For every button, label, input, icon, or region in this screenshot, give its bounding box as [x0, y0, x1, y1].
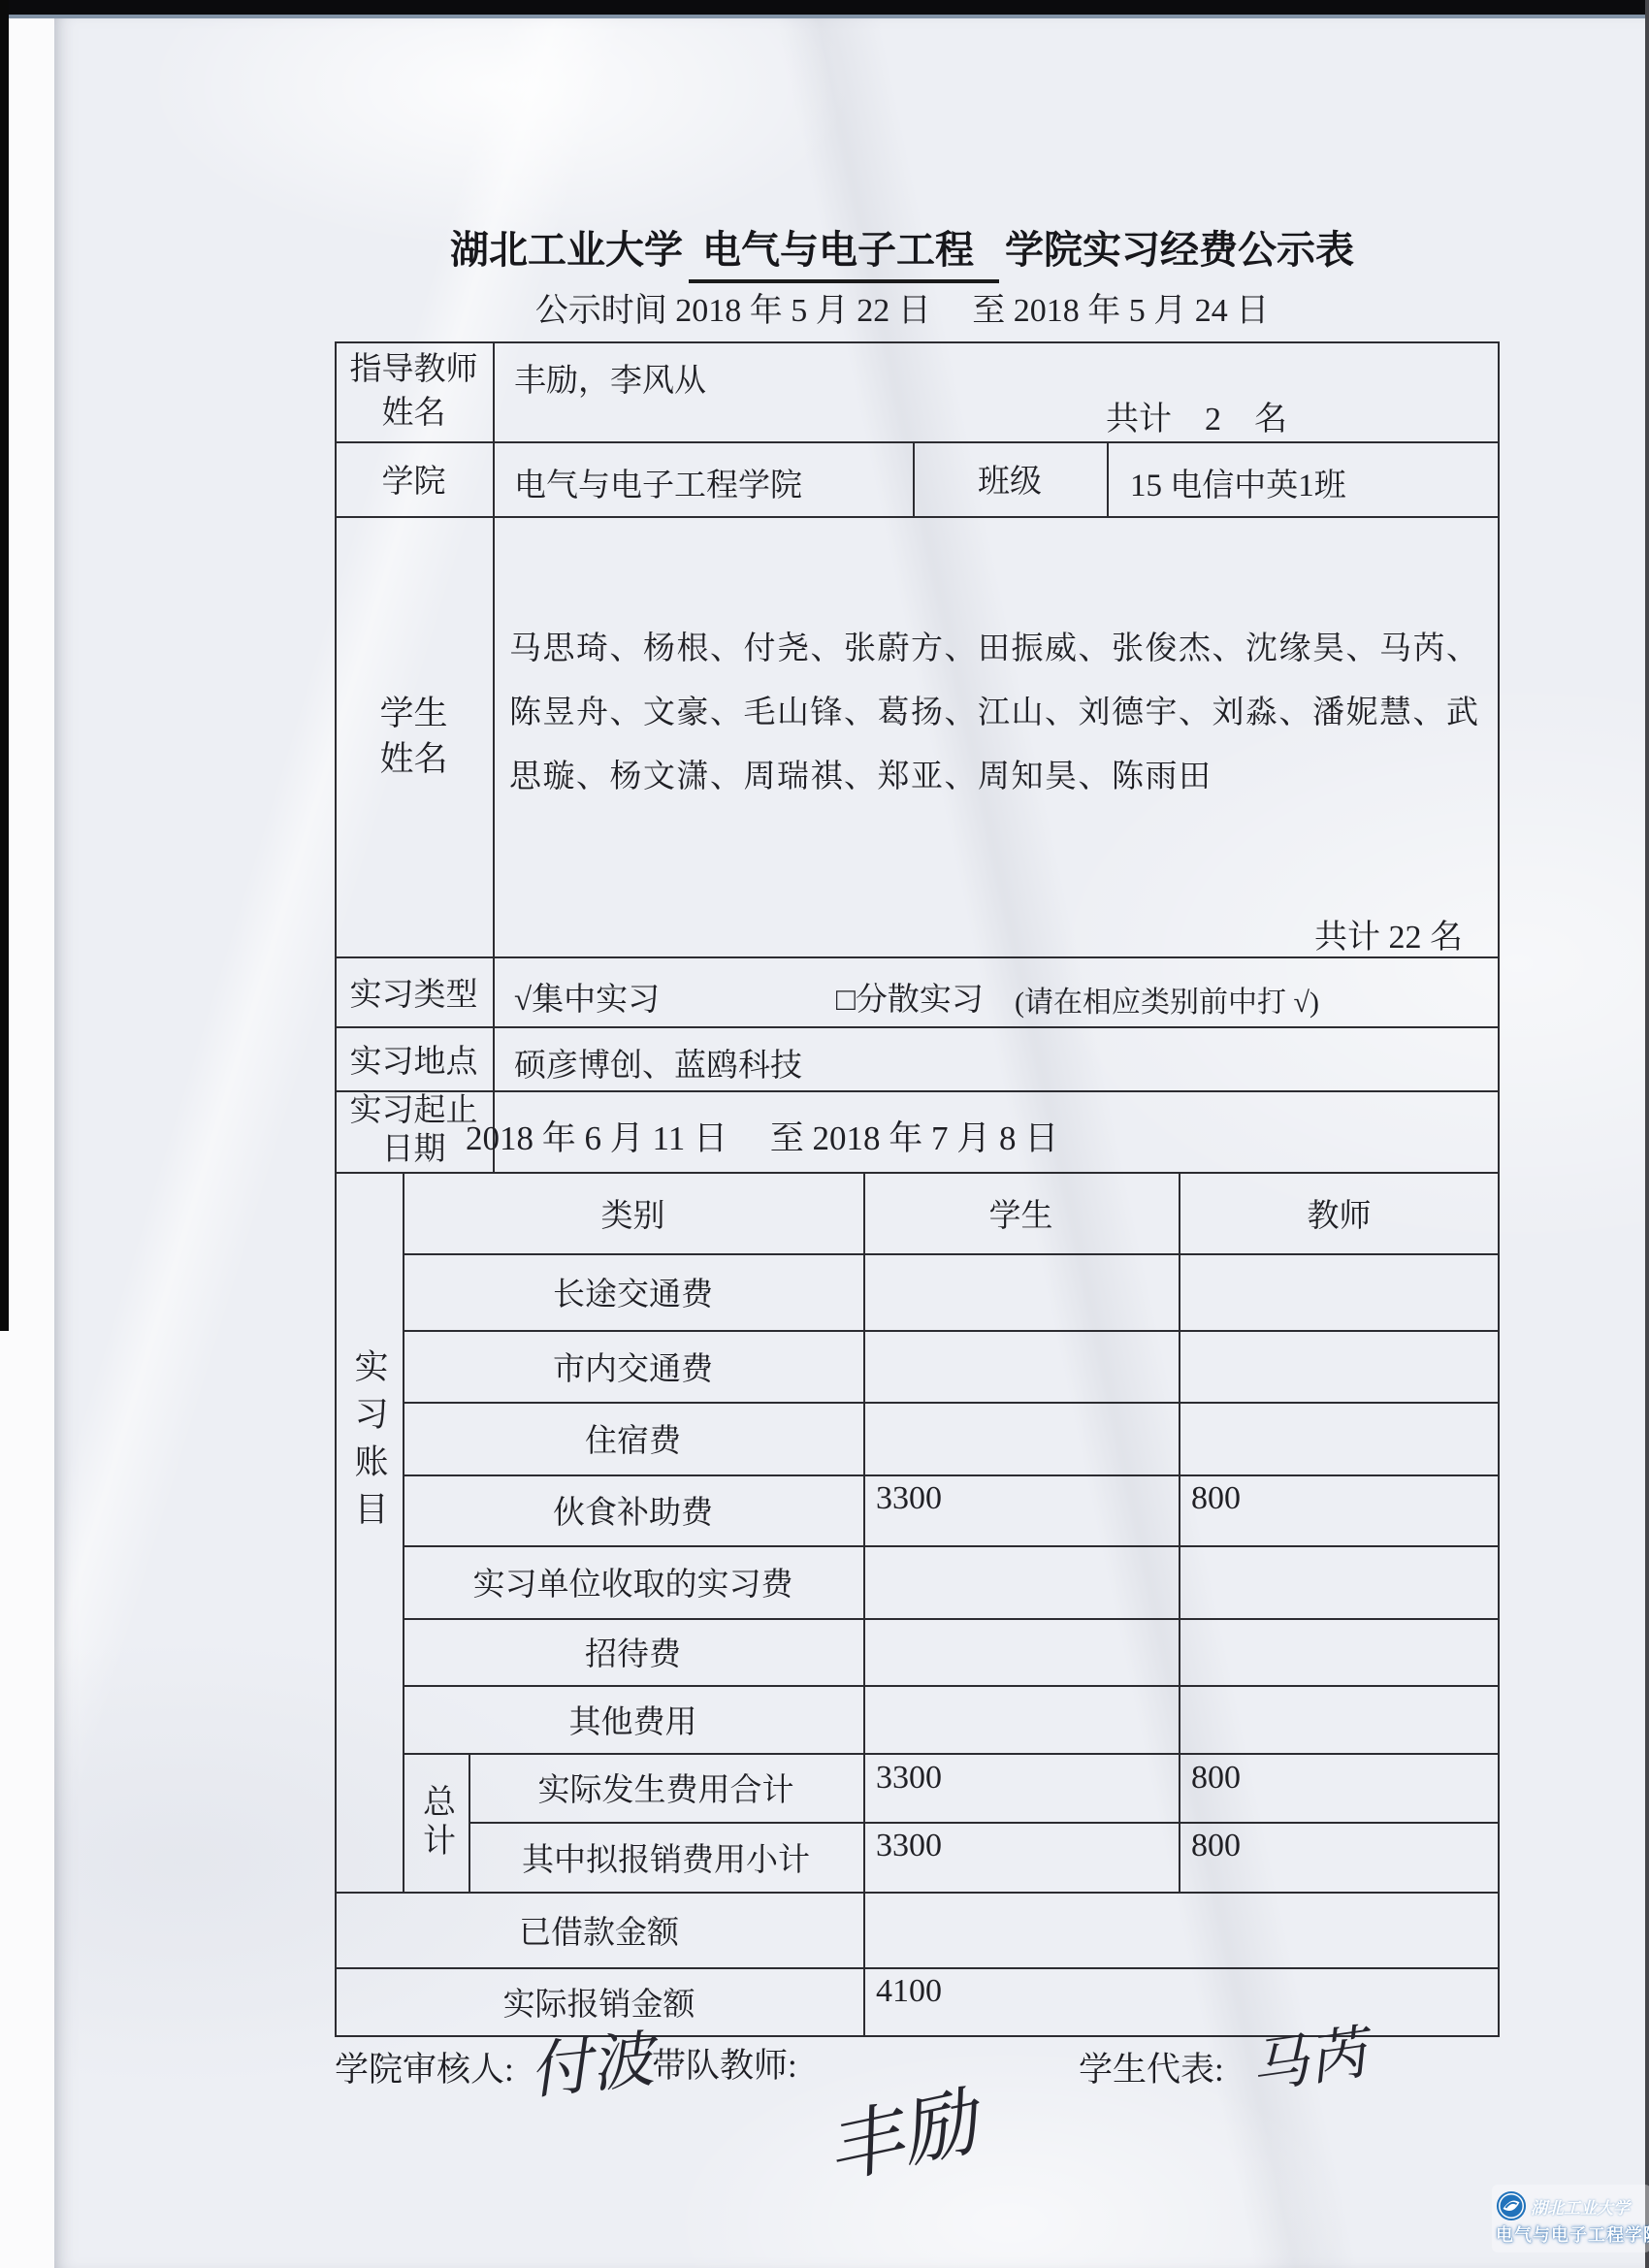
accounts-total-label-text: 总计	[412, 1784, 460, 1862]
instructor-total: 共计 2 名	[1106, 392, 1287, 439]
type-option-central: √集中实习	[514, 974, 660, 1020]
dates-label-line1: 实习起止	[350, 1092, 478, 1131]
account-category-4: 实习单位收取的实习费	[403, 1545, 863, 1618]
accounts-header-teacher: 教师	[1179, 1172, 1500, 1253]
internship-dates-value: 2018 年 6 月 11 日 至 2018 年 7 月 8 日	[466, 1112, 1058, 1160]
accounts-total-label: 总计	[403, 1753, 469, 1892]
accounts-header-category: 类别	[403, 1172, 863, 1253]
table-line	[1179, 1172, 1180, 1892]
total-teacher-0: 800	[1191, 1760, 1241, 1797]
table-line	[1107, 441, 1109, 516]
scan-edge-top-line	[0, 15, 1649, 18]
total-student-0: 3300	[876, 1760, 942, 1797]
student-rep-signature: 马芮	[1245, 2006, 1372, 2105]
accounts-section-label-text: 实习账目	[344, 1348, 393, 1539]
borrowed-label: 已借款金额	[335, 1892, 863, 1967]
students-label-line1: 学生	[379, 691, 447, 736]
watermark-badge: 湖北工业大学 电气与电子工程学院	[1492, 2185, 1649, 2252]
table-line	[335, 516, 1500, 518]
table-line	[335, 1090, 1500, 1092]
internship-place-value: 硕彦博创、蓝鸥科技	[514, 1040, 802, 1085]
teacher-label: 带队教师:	[652, 2039, 797, 2088]
account-category-0: 长途交通费	[403, 1253, 863, 1330]
students-label-line2: 姓名	[379, 736, 447, 782]
college-value: 电气与电子工程学院	[514, 460, 802, 505]
page-title: 湖北工业大学 电气与电子工程 学院实习经费公示表	[272, 219, 1533, 275]
instructor-label-line1: 指导教师	[350, 348, 478, 392]
scan-edge-left	[0, 0, 9, 1331]
total-category-0: 实际发生费用合计	[469, 1753, 863, 1822]
reviewer-signature: 付波	[525, 2010, 658, 2112]
account-student-3: 3300	[876, 1480, 942, 1517]
account-category-5: 招待费	[403, 1618, 863, 1685]
total-category-1: 其中拟报销费用小计	[469, 1822, 863, 1892]
type-note: (请在相应类别前中打 √)	[1015, 978, 1319, 1021]
class-label: 班级	[913, 441, 1107, 516]
accounts-header-student: 学生	[863, 1172, 1179, 1253]
students-total: 共计 22 名	[1314, 910, 1463, 957]
accounts-section-label: 实习账目	[335, 1172, 403, 1715]
total-student-1: 3300	[876, 1828, 942, 1864]
title-suffix: 学院实习经费公示表	[1005, 219, 1354, 275]
account-teacher-3: 800	[1191, 1480, 1241, 1517]
internship-place-label: 实习地点	[335, 1026, 493, 1090]
publicity-period: 公示时间 2018 年 5 月 22 日 至 2018 年 5 月 24 日	[272, 285, 1533, 328]
college-label: 学院	[335, 441, 493, 516]
account-category-6: 其他费用	[403, 1685, 863, 1753]
instructor-value: 丰励，李风从	[514, 355, 706, 401]
instructor-label-line2: 姓名	[382, 392, 446, 436]
account-category-3: 伙食补助费	[403, 1474, 863, 1545]
watermark-top: 湖北工业大学	[1496, 2190, 1647, 2221]
scan-edge-top	[0, 0, 1649, 15]
instructor-label: 指导教师 姓名	[335, 341, 493, 441]
class-value: 15 电信中英1班	[1130, 460, 1346, 505]
students-label: 学生 姓名	[335, 516, 493, 956]
student-names: 马思琦、杨根、付尧、张蔚方、田振威、张俊杰、沈缘昊、马芮、陈昱舟、文豪、毛山锋、…	[509, 617, 1484, 809]
table-line	[863, 1172, 865, 2035]
table-line	[335, 1026, 1500, 1028]
reimbursed-value: 4100	[876, 1973, 942, 2010]
scanned-form-page: 湖北工业大学 电气与电子工程 学院实习经费公示表 公示时间 2018 年 5 月…	[0, 0, 1649, 2268]
account-category-1: 市内交通费	[403, 1330, 863, 1402]
total-teacher-1: 800	[1191, 1828, 1241, 1864]
scan-edge-right	[1645, 0, 1649, 2268]
watermark-school-name: 湖北工业大学	[1531, 2194, 1630, 2219]
internship-type-label: 实习类型	[335, 956, 493, 1026]
account-category-2: 住宿费	[403, 1402, 863, 1474]
university-logo-icon	[1496, 2190, 1527, 2221]
title-department-underlined: 电气与电子工程	[689, 219, 999, 283]
dates-label-line2: 日期	[382, 1131, 446, 1170]
title-university: 湖北工业大学	[450, 219, 683, 275]
watermark-college-name: 电气与电子工程学院	[1496, 2221, 1647, 2247]
table-line	[493, 341, 495, 1172]
reviewer-label: 学院审核人:	[335, 2043, 514, 2091]
type-option-scattered: □分散实习	[836, 974, 984, 1020]
student-rep-label: 学生代表:	[1079, 2043, 1224, 2091]
table-line	[335, 341, 1500, 343]
